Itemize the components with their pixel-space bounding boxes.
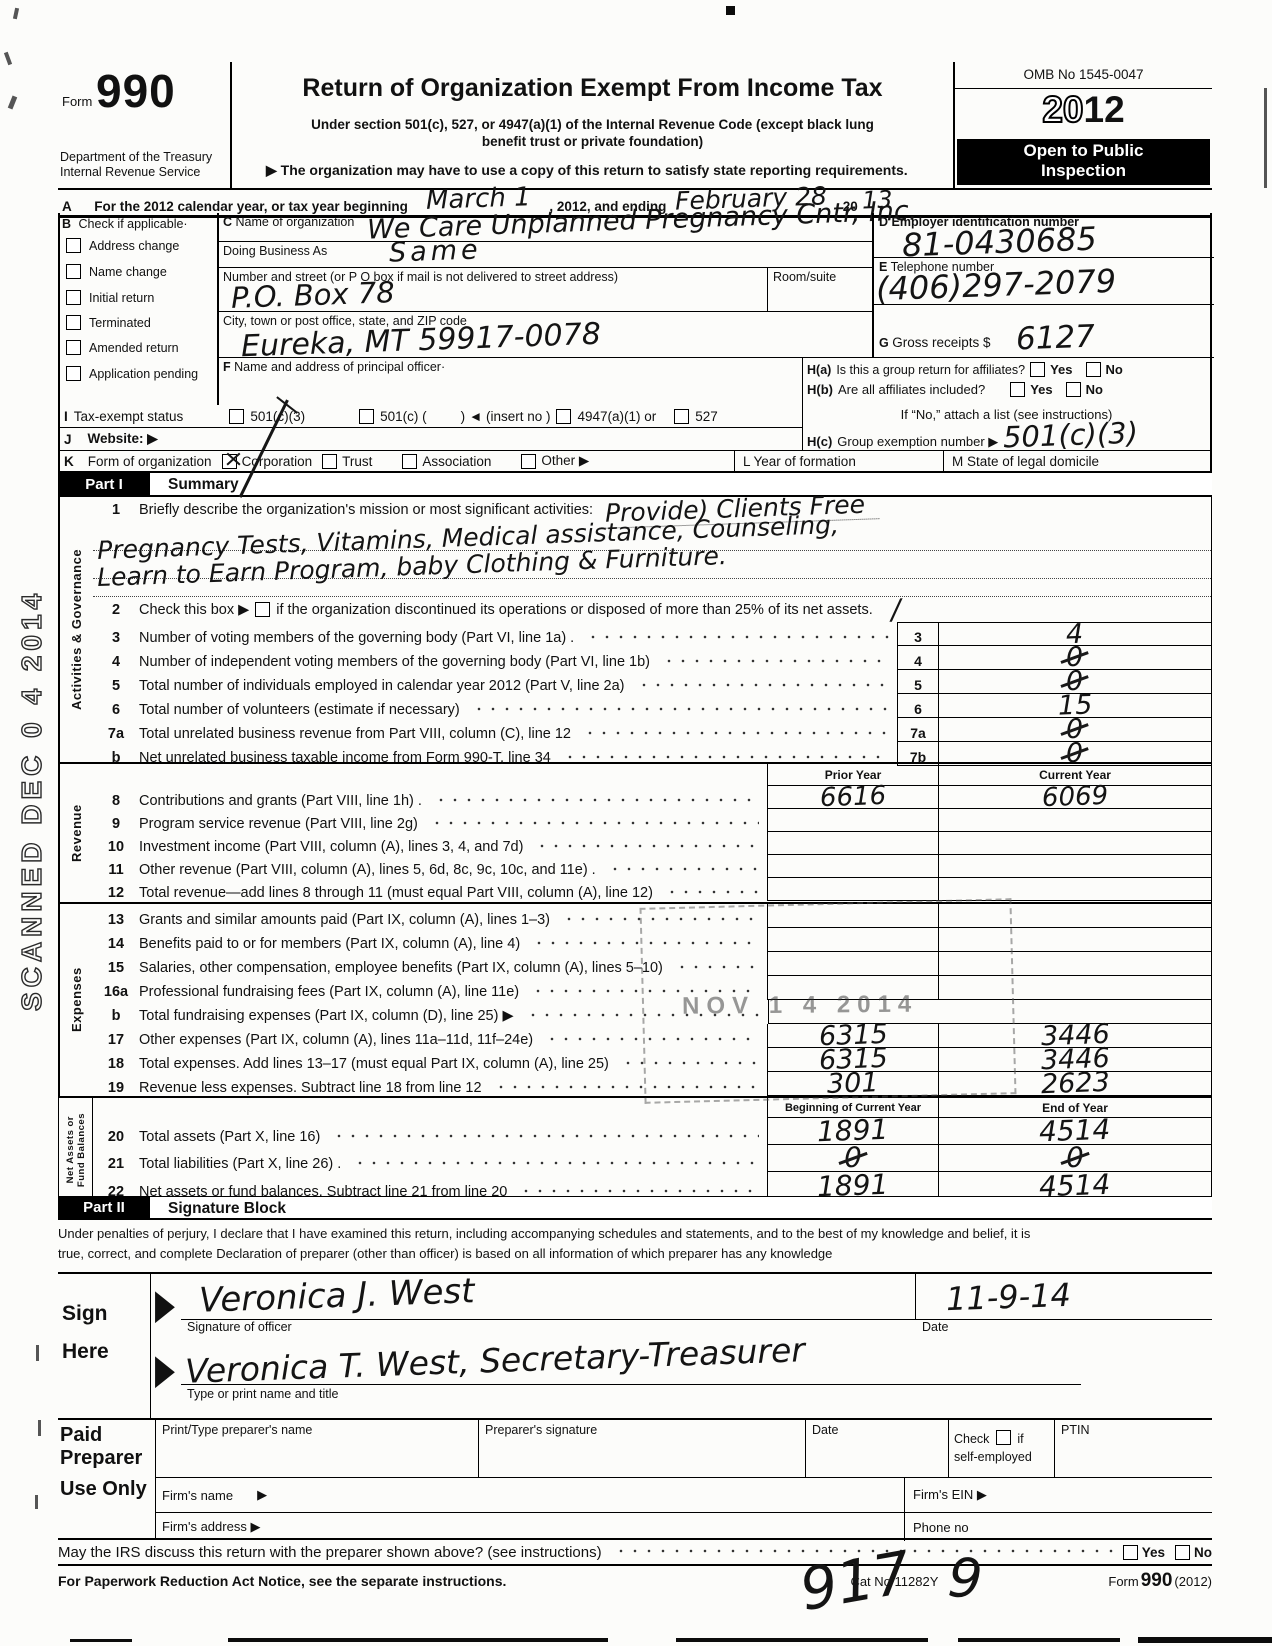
line-j: J Website: ▶ <box>60 428 802 450</box>
corporation-check-mark <box>225 451 243 467</box>
discuss-yes-checkbox[interactable] <box>1123 1545 1138 1560</box>
checkbox-label: Amended return <box>89 341 179 355</box>
firm-name-cell[interactable]: Firm's name▶ <box>156 1478 905 1512</box>
association-label: Association <box>422 454 491 469</box>
tax-year: 2012 <box>955 89 1212 139</box>
footer-form-word: Form <box>1108 1574 1138 1589</box>
prior-cell[interactable] <box>767 878 938 901</box>
other-label: Other ▶ <box>541 453 589 469</box>
form-subtitle-2: benefit trust or private foundation) <box>232 134 953 149</box>
discuss-yes-label: Yes <box>1142 1545 1165 1560</box>
row-box-num: 6 <box>897 694 939 718</box>
sidebar-expenses: Expenses <box>59 904 93 1096</box>
use-only-word: Use Only <box>58 1478 155 1501</box>
open-to-public-badge: Open to Public Inspection <box>957 139 1210 185</box>
527-checkbox[interactable] <box>674 409 689 424</box>
ptin-label: PTIN <box>1061 1423 1089 1437</box>
form-title: Return of Organization Exempt From Incom… <box>232 74 953 103</box>
501c3-check-mark <box>268 398 308 508</box>
row-label: Program service revenue (Part VIII, line… <box>139 816 418 832</box>
here-word: Here <box>58 1340 150 1364</box>
row-num: 20 <box>93 1129 139 1145</box>
section-expenses: Expenses 13 Grants and similar amounts p… <box>59 902 1211 1096</box>
scan-artifact <box>13 8 19 20</box>
line-i: I Tax-exempt status 501(c)(3) 501(c) ( )… <box>60 405 802 428</box>
principal-officer-label: Name and address of principal officer· <box>234 360 445 374</box>
current-cell[interactable] <box>938 855 1211 878</box>
line-j-letter: J <box>64 432 72 447</box>
footer-form-number: 990 <box>1141 1570 1173 1592</box>
received-stamp: NOV 1 4 2014 <box>639 898 1016 1104</box>
tax-year-outline: 20 <box>1042 89 1083 130</box>
header-note: ▶ The organization may have to use a cop… <box>266 162 908 179</box>
ha-yes-checkbox[interactable] <box>1030 362 1045 377</box>
row-num: 18 <box>93 1056 139 1072</box>
omb-number: OMB No 1545-0047 <box>955 62 1212 89</box>
room-suite-label: Room/suite <box>773 270 872 284</box>
501c-checkbox[interactable] <box>359 409 374 424</box>
application-pending-checkbox[interactable] <box>66 366 81 381</box>
scan-artifact <box>726 6 735 15</box>
hc-letter: H(c) <box>807 434 832 449</box>
scanned-stamp: SCANNED DEC 0 4 2014 <box>16 570 48 1030</box>
row-num: 11 <box>93 862 139 878</box>
row-label: Total number of volunteers (estimate if … <box>139 702 460 718</box>
paperwork-notice: For Paperwork Reduction Act Notice, see … <box>58 1573 506 1589</box>
row-label: Number of independent voting members of … <box>139 654 650 670</box>
row-label: Contributions and grants (Part VIII, lin… <box>139 793 422 809</box>
sidebar-governance: Activities & Governance <box>59 497 93 762</box>
header-right: OMB No 1545-0047 2012 Open to Public Ins… <box>953 62 1212 188</box>
line1-label: Briefly describe the organization's miss… <box>139 502 593 518</box>
sidebar-net-assets-line1: Net Assets or <box>65 1116 76 1183</box>
row-num: 5 <box>93 678 139 694</box>
firm-address-cell[interactable]: Firm's address ▶ <box>156 1513 905 1541</box>
header-center: Return of Organization Exempt From Incom… <box>232 62 953 188</box>
signature-arrow-icon: ▶ <box>155 1280 175 1330</box>
section-b-title: Check if applicable· <box>79 217 188 231</box>
row-label: Other revenue (Part VIII, column (A), li… <box>139 862 596 878</box>
sign-block: Sign Here ▶ Veronica J. West 11-9-14 Sig… <box>58 1272 1212 1418</box>
preparer-signature-cell[interactable]: Preparer's signature <box>479 1420 806 1477</box>
form-subtitle-1: Under section 501(c), 527, or 4947(a)(1)… <box>232 117 953 132</box>
preparer-date-cell[interactable]: Date <box>806 1420 949 1477</box>
perjury-line-2: true, correct, and complete Declaration … <box>58 1246 1212 1261</box>
hc-text: Group exemption number ▶ <box>837 434 998 450</box>
row-num: 13 <box>93 912 139 928</box>
other-checkbox[interactable] <box>521 454 536 469</box>
row-num: b <box>93 750 139 766</box>
print-name-arrow-icon: ▶ <box>155 1345 175 1395</box>
name-change-checkbox[interactable] <box>66 264 81 279</box>
hb-letter: H(b) <box>807 382 833 397</box>
row-label: Salaries, other compensation, employee b… <box>139 960 663 976</box>
row-num: 9 <box>93 816 139 832</box>
scan-artifact <box>38 1420 41 1436</box>
firm-name-arrow-icon: ▶ <box>257 1487 267 1503</box>
org-name-row: C Name of organization We Care Unplanned… <box>219 213 872 242</box>
section-f-letter: F <box>223 360 231 374</box>
irs-discuss-text: May the IRS discuss this return with the… <box>58 1544 602 1561</box>
scan-artifact <box>8 96 18 110</box>
section-h: H(a) Is this a group return for affiliat… <box>802 358 1214 405</box>
discuss-no-label: No <box>1194 1545 1212 1560</box>
org-name-label: Name of organization <box>236 215 355 229</box>
row-num: 16a <box>93 984 139 1000</box>
row-label: Total revenue—add lines 8 through 11 (mu… <box>139 885 653 901</box>
row-box-num: 5 <box>897 670 939 694</box>
row-label: Total fundraising expenses (Part IX, col… <box>139 1008 514 1024</box>
line-i-letter: I <box>64 409 68 424</box>
self-employed-word: self-employed <box>954 1450 1054 1464</box>
row-box-num: 7a <box>897 718 939 742</box>
year-of-formation-label: L Year of formation <box>734 451 943 471</box>
website-label[interactable]: Website: ▶ <box>88 431 158 447</box>
row-num: 4 <box>93 654 139 670</box>
row-value: 0 <box>1066 740 1084 768</box>
dot-leaders <box>328 1129 759 1143</box>
dot-leaders <box>579 726 889 740</box>
legal-domicile-label: M State of legal domicile <box>943 451 1210 471</box>
irs-discuss-row: May the IRS discuss this return with the… <box>58 1540 1212 1566</box>
tax-year-bold: 12 <box>1084 89 1125 130</box>
dot-leaders <box>559 750 889 764</box>
discontinued-checkbox[interactable] <box>255 602 270 617</box>
group-exemption-field[interactable]: 501(c)(3) <box>1003 419 1139 453</box>
phone-cell[interactable]: Phone no <box>905 1520 1212 1535</box>
section-governance: Activities & Governance 1 Briefly descri… <box>59 497 1211 762</box>
trust-checkbox[interactable] <box>322 454 337 469</box>
line-i-title: Tax-exempt status <box>74 409 184 424</box>
prior-cell[interactable] <box>767 832 938 855</box>
row-label: Total liabilities (Part X, line 26) . <box>139 1156 341 1172</box>
gross-receipts-field[interactable]: 6127 <box>1015 322 1095 356</box>
ha-no-checkbox[interactable] <box>1086 362 1101 377</box>
firm-ein-cell[interactable]: Firm's EIN ▶ <box>905 1487 1212 1503</box>
scan-artifact <box>228 1638 608 1642</box>
501c-label: 501(c) ( <box>380 409 427 424</box>
section-b-letter: B <box>62 217 71 231</box>
header-left: Form 990 Department of the Treasury Inte… <box>58 62 232 188</box>
check-word: Check <box>954 1432 989 1446</box>
current-cell[interactable]: 6069 <box>938 786 1211 809</box>
sidebar-revenue: Revenue <box>59 764 93 902</box>
form-990-page: Form 990 Department of the Treasury Inte… <box>0 0 1272 1646</box>
dot-leaders <box>430 793 759 807</box>
row-label: Total assets (Part X, line 16) <box>139 1129 320 1145</box>
form-word: Form <box>62 94 92 109</box>
dot-leaders <box>633 678 890 692</box>
perjury-line-1: Under penalties of perjury, I declare th… <box>58 1226 1212 1241</box>
preparer-signature-label: Preparer's signature <box>485 1423 597 1437</box>
hb-no-checkbox[interactable] <box>1066 382 1081 397</box>
firm-ein-label: Firm's EIN ▶ <box>913 1487 987 1502</box>
row-box-num: 4 <box>897 646 939 670</box>
row-num: 21 <box>93 1156 139 1172</box>
4947a1-checkbox[interactable] <box>556 409 571 424</box>
terminated-checkbox[interactable] <box>66 315 81 330</box>
row-label: Net unrelated business taxable income fr… <box>139 750 551 766</box>
sidebar-net-assets-line2: Fund Balances <box>76 1113 87 1187</box>
row-num: 19 <box>93 1080 139 1096</box>
amended-return-checkbox[interactable] <box>66 340 81 355</box>
signature-caption: Signature of officer <box>187 1320 292 1337</box>
prior-cell[interactable] <box>767 855 938 878</box>
phone-row: E Telephone number (406)297-2079 <box>872 258 1214 305</box>
open-line-2: Inspection <box>957 161 1210 181</box>
current-cell[interactable] <box>938 878 1211 901</box>
section-g-letter: G <box>879 336 889 350</box>
row-label: Total expenses. Add lines 13–17 (must eq… <box>139 1056 609 1072</box>
address-change-checkbox[interactable] <box>66 238 81 253</box>
row-num: 3 <box>93 630 139 646</box>
prior-cell[interactable] <box>767 809 938 832</box>
row-label: Grants and similar amounts paid (Part IX… <box>139 912 550 928</box>
dba-label: Doing Business As <box>223 244 327 258</box>
part2-bar: Part II Signature Block <box>58 1196 1212 1220</box>
section-c-letter: C <box>223 215 232 229</box>
checkbox-label: Application pending <box>89 367 198 381</box>
row-label: Number of voting members of the governin… <box>139 630 574 646</box>
row-num: 10 <box>93 839 139 855</box>
phone-no-label: Phone no <box>913 1520 969 1535</box>
scan-artifact <box>1138 1637 1272 1643</box>
paid-preparer-label: Paid Preparer Use Only <box>58 1420 156 1538</box>
street-row: Number and street (or P O box if mail is… <box>219 268 872 312</box>
prior-cell[interactable]: 0 <box>767 1145 938 1172</box>
paid-word: Paid <box>58 1424 155 1447</box>
perjury-statement: Under penalties of perjury, I declare th… <box>58 1226 1212 1261</box>
section-d-letter: D <box>879 215 888 229</box>
ha-text: Is this a group return for affiliates? <box>836 363 1025 377</box>
dot-leaders <box>582 630 889 644</box>
dba-row: Doing Business As Same <box>219 242 872 268</box>
checkbox-label: Terminated <box>89 316 151 330</box>
part1-label: Part I <box>58 473 150 495</box>
hb-yes-checkbox[interactable] <box>1010 382 1025 397</box>
section-b: B Check if applicable· Address change Na… <box>60 213 219 405</box>
part1-bar: Part I Summary <box>58 473 1212 497</box>
part2-label: Part II <box>58 1197 150 1218</box>
initial-return-checkbox[interactable] <box>66 290 81 305</box>
dot-leaders <box>426 816 759 830</box>
dept-line-1: Department of the Treasury <box>60 150 212 164</box>
stray-mark-2: 9 <box>946 1551 984 1607</box>
preparer-name-cell[interactable]: Print/Type preparer's name <box>156 1420 479 1477</box>
part1-summary: Activities & Governance 1 Briefly descri… <box>58 497 1212 1196</box>
scan-artifact <box>958 1638 1120 1642</box>
preparer-block: Paid Preparer Use Only Print/Type prepar… <box>58 1418 1212 1540</box>
prior-cell[interactable]: 6616 <box>767 786 938 809</box>
signature-date: 11-9-14 <box>945 1279 1071 1315</box>
section-net-assets: Net Assets or Fund Balances Beginning of… <box>59 1096 1211 1202</box>
city-row: City, town or post office, state, and ZI… <box>219 312 872 358</box>
current-cell[interactable]: 0 <box>938 1145 1211 1172</box>
4947a1-label: 4947(a)(1) or <box>577 409 656 424</box>
line2-stray-mark: / <box>890 595 900 623</box>
dot-leaders <box>349 1156 759 1170</box>
row-num: b <box>93 1008 139 1024</box>
ptin-cell[interactable]: PTIN <box>1055 1420 1212 1477</box>
preparer-word: Preparer <box>58 1447 155 1470</box>
scan-artifact <box>676 1638 928 1642</box>
open-line-1: Open to Public <box>957 141 1210 161</box>
row-label: Benefits paid to or for members (Part IX… <box>139 936 520 952</box>
officer-signature: Veronica J. West <box>198 1274 475 1318</box>
date-caption: Date <box>922 1320 1212 1337</box>
ha-yes-label: Yes <box>1050 362 1072 377</box>
row-num: 7a <box>93 726 139 742</box>
row-num: 17 <box>93 1032 139 1048</box>
scan-artifact <box>36 1345 39 1361</box>
id-block: B Check if applicable· Address change Na… <box>58 213 1212 405</box>
hb-no-label: No <box>1086 382 1103 397</box>
scan-artifact <box>4 52 12 66</box>
checkbox-label: Address change <box>89 239 179 253</box>
dot-leaders <box>661 885 759 899</box>
if-word: if <box>1017 1432 1023 1446</box>
hb-yes-label: Yes <box>1030 382 1052 397</box>
sign-here-label: Sign Here <box>58 1274 151 1418</box>
firm-address-label: Firm's address ▶ <box>162 1519 260 1535</box>
page-footer: For Paperwork Reduction Act Notice, see … <box>58 1570 1212 1592</box>
received-stamp-date: NOV 1 4 2014 <box>682 991 918 1021</box>
current-cell[interactable] <box>938 832 1211 855</box>
row-box-num: 7b <box>897 742 939 766</box>
sign-word: Sign <box>58 1302 150 1326</box>
row-num: 14 <box>93 936 139 952</box>
form-header: Form 990 Department of the Treasury Inte… <box>58 62 1212 188</box>
officer-signature-field[interactable]: Veronica J. West <box>181 1273 915 1320</box>
self-employed-cell: Check if self-employed <box>949 1420 1055 1477</box>
form-number: 990 <box>96 64 176 118</box>
ein-row: D Employer identification number 81-0430… <box>872 213 1214 258</box>
part1-title: Summary <box>150 473 239 495</box>
line-a-letter: A <box>62 199 72 214</box>
checkbox-label: Name change <box>89 265 167 279</box>
row-label: Total number of individuals employed in … <box>139 678 625 694</box>
row-box-num: 3 <box>897 622 939 646</box>
hb-text: Are all affiliates included? <box>838 382 985 397</box>
discuss-no-checkbox[interactable] <box>1175 1545 1190 1560</box>
dot-leaders <box>658 654 889 668</box>
dot-leaders <box>531 839 759 853</box>
row-label: Other expenses (Part IX, column (A), lin… <box>139 1032 533 1048</box>
insert-no-label: ) ◄ (insert no ) <box>461 409 551 424</box>
checkbox-label: Initial return <box>89 291 154 305</box>
scan-artifact <box>35 1495 38 1509</box>
print-name-title: Veronica T. West, Secretary-Treasurer <box>185 1333 806 1388</box>
print-name-caption: Type or print name and title <box>187 1387 1212 1401</box>
line-k-title: Form of organization <box>88 454 212 469</box>
preparer-date-label: Date <box>812 1423 838 1437</box>
firm-name-label: Firm's name <box>162 1488 233 1503</box>
line2-post: if the organization discontinued its ope… <box>276 602 872 618</box>
phone-field[interactable]: (406)297-2079 <box>876 265 1117 305</box>
dept-line-2: Internal Revenue Service <box>60 165 200 179</box>
street-field[interactable]: P.O. Box 78 <box>231 278 396 313</box>
gross-receipts-label: Gross receipts $ <box>892 335 990 350</box>
ein-field[interactable]: 81-0430685 <box>902 223 1098 262</box>
rows-i-j: I Tax-exempt status 501(c)(3) 501(c) ( )… <box>58 405 1212 450</box>
row-num: 12 <box>93 885 139 901</box>
scan-artifact <box>1264 88 1267 188</box>
part2-title: Signature Block <box>150 1197 286 1218</box>
section-revenue: Revenue Prior Year Current Year 8 Contri… <box>59 762 1211 902</box>
row-value-cell[interactable]: 0 <box>939 742 1211 766</box>
line2-pre: Check this box ▶ <box>139 602 249 618</box>
527-label: 527 <box>695 409 718 424</box>
row-label: Total unrelated business revenue from Pa… <box>139 726 571 742</box>
current-cell[interactable] <box>938 809 1211 832</box>
prior-value: 6616 <box>819 783 886 811</box>
trust-label: Trust <box>342 454 372 469</box>
row-num: 15 <box>93 960 139 976</box>
row-label: Investment income (Part VIII, column (A)… <box>139 839 523 855</box>
row-num: 8 <box>93 793 139 809</box>
dot-leaders <box>468 702 889 716</box>
scan-artifact <box>70 1639 132 1642</box>
row-label: Revenue less expenses. Subtract line 18 … <box>139 1080 482 1096</box>
line-k-letter: K <box>64 454 74 469</box>
footer-form-year: (2012) <box>1174 1574 1212 1589</box>
line2-num: 2 <box>93 602 139 618</box>
line1-num: 1 <box>93 502 139 518</box>
row-num: 6 <box>93 702 139 718</box>
dot-leaders <box>604 862 759 876</box>
preparer-name-label: Print/Type preparer's name <box>162 1423 312 1437</box>
line-a-text-1: For the 2012 calendar year, or tax year … <box>94 199 408 214</box>
self-employed-checkbox[interactable] <box>996 1430 1011 1445</box>
ha-no-label: No <box>1106 362 1123 377</box>
dba-field[interactable]: Same <box>389 236 482 266</box>
signature-date-field[interactable]: 11-9-14 <box>915 1273 1212 1320</box>
row-label: Professional fundraising fees (Part IX, … <box>139 984 519 1000</box>
current-value: 6069 <box>1041 783 1108 811</box>
print-name-field[interactable]: Veronica T. West, Secretary-Treasurer <box>181 1336 1081 1385</box>
ha-letter: H(a) <box>807 363 831 377</box>
501c3-checkbox[interactable] <box>229 409 244 424</box>
stray-mark-1: 917 <box>796 1543 915 1619</box>
gross-receipts-row: G Gross receipts $ 6127 <box>872 305 1214 358</box>
current-value: 2623 <box>1040 1069 1110 1098</box>
association-checkbox[interactable] <box>402 454 417 469</box>
